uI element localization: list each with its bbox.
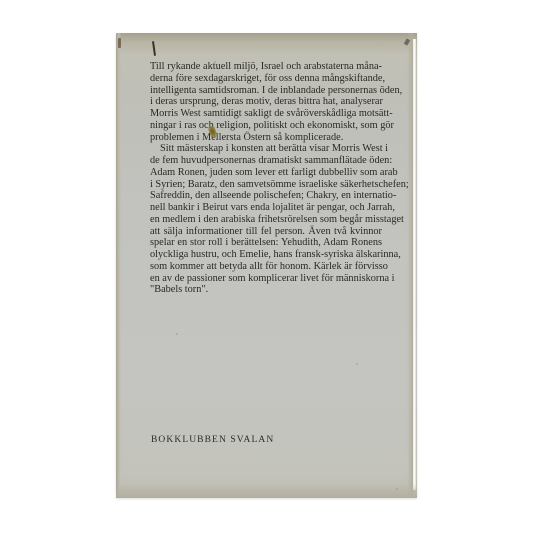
blurb-line: ningar i ras och religion, politiskt och… (150, 120, 382, 132)
publisher-name: BOKKLUBBEN SVALAN (151, 435, 274, 445)
photo-stage: Till rykande aktuell miljö, Israel och a… (0, 0, 533, 533)
blurb-line: i deras ursprung, deras motiv, deras bit… (150, 96, 382, 108)
book-back-cover: Till rykande aktuell miljö, Israel och a… (116, 33, 417, 498)
paper-speck (356, 363, 358, 365)
paper-speck (176, 333, 178, 335)
paper-speck (396, 488, 398, 490)
blurb-line: i Syrien; Baratz, den samvetsömme israel… (150, 179, 382, 191)
blurb-line: att sälja informationer till fel person.… (150, 226, 382, 238)
cover-left-edge (116, 33, 121, 498)
blurb-line: Safreddin, den allseende polischefen; Ch… (150, 190, 382, 202)
blurb-line: "Babels torn". (150, 284, 382, 296)
paper-speck (214, 61, 216, 63)
blurb-line: derna före sexdagarskriget, för oss denn… (150, 73, 382, 85)
blurb-line: Sitt mästerskap i konsten att berätta vi… (150, 143, 382, 155)
blurb-line: en av de passioner som komplicerar livet… (150, 273, 382, 285)
paper-speck (366, 123, 368, 125)
blurb-line: som kommer att betyda allt för honom. Kä… (150, 261, 382, 273)
blurb-paragraph-1: Till rykande aktuell miljö, Israel och a… (150, 61, 382, 143)
blurb-paragraph-2: Sitt mästerskap i konsten att berätta vi… (150, 143, 382, 296)
blurb-line: de fem huvudpersonernas dramatiskt samma… (150, 155, 382, 167)
blurb-line: en medlem i den arabiska frihetsrörelsen… (150, 214, 382, 226)
blurb-line: Till rykande aktuell miljö, Israel och a… (150, 61, 382, 73)
blurb-line: problemen i Mellersta Östern så komplice… (150, 132, 382, 144)
cover-right-gloss-reflection (413, 39, 416, 490)
blurb-line: intelligenta samtidsroman. I de inblanda… (150, 85, 382, 97)
blurb-line: Adam Ronen, juden som lever ett farligt … (150, 167, 382, 179)
blurb-line: nell bankir i Beirut vars enda lojalitet… (150, 202, 382, 214)
cover-bottom-edge (116, 484, 417, 498)
cover-top-wear (116, 33, 417, 55)
blurb-line: Morris West samtidigt sakligt de svåröve… (150, 108, 382, 120)
blurb-text: Till rykande aktuell miljö, Israel och a… (150, 61, 382, 296)
blurb-line: spelar en stor roll i berättelsen: Yehud… (150, 237, 382, 249)
blurb-line: olyckliga hustru, och Emelie, hans frans… (150, 249, 382, 261)
corner-wear-mark (118, 38, 121, 48)
